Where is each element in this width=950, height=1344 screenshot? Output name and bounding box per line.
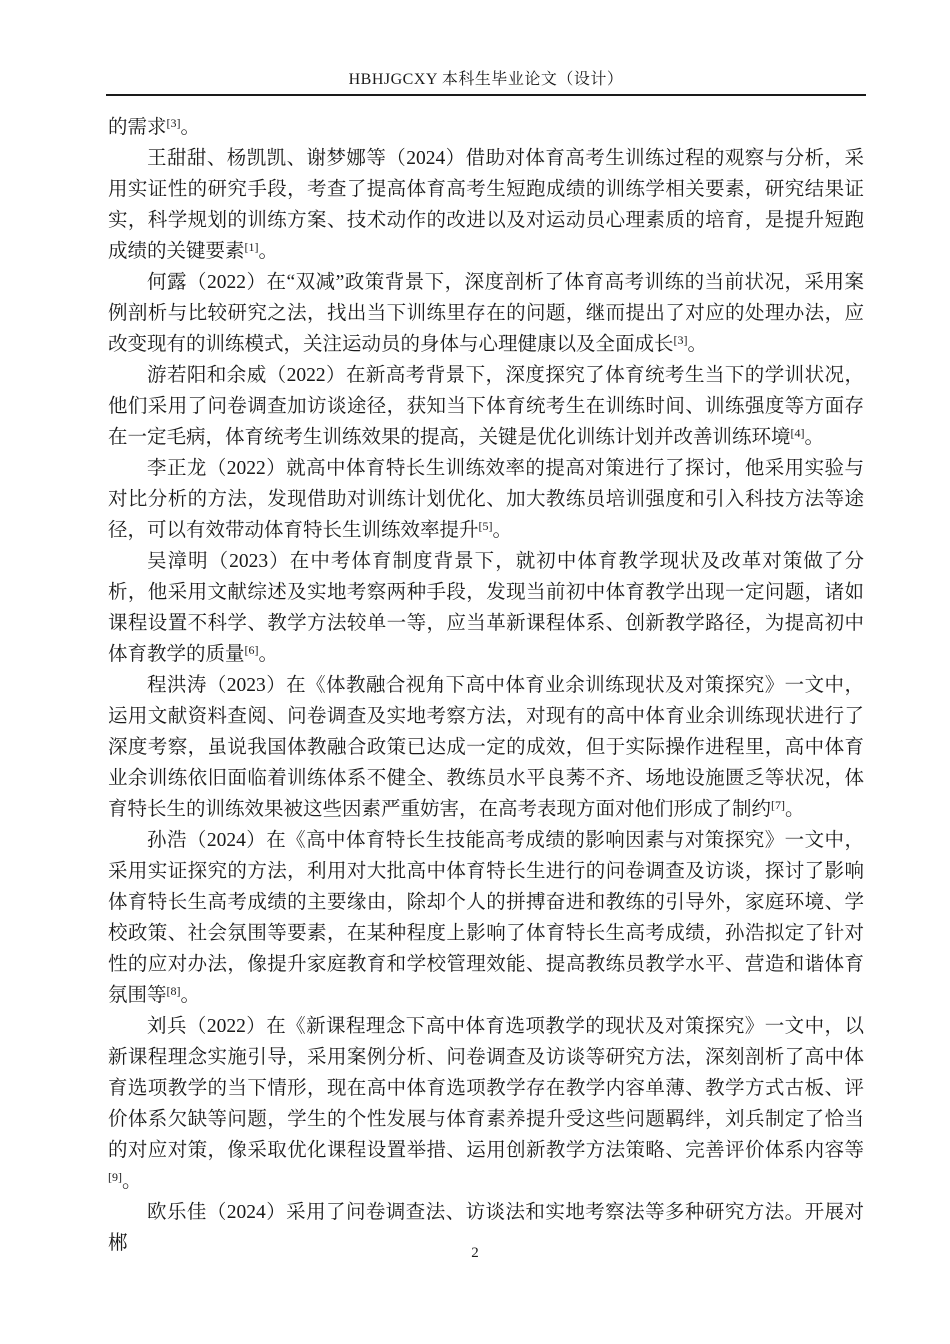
citation-ref: [3] [167,116,181,130]
paragraph: 吴漳明（2023）在中考体育制度背景下，就初中体育教学现状及改革对策做了分析，他… [108,546,864,670]
paragraph: 程洪涛（2023）在《体教融合视角下高中体育业余训练现状及对策探究》一文中，运用… [108,670,864,825]
paragraph-text: 吴漳明（2023）在中考体育制度背景下，就初中体育教学现状及改革对策做了分析，他… [108,551,864,665]
paragraph-tail: 。 [181,985,201,1006]
paragraph: 的需求[3]。 [108,112,864,143]
citation-ref: [8] [167,984,181,998]
header-title: HBHJGCXY 本科生毕业论文（设计） [349,71,624,88]
paragraph-tail: 。 [259,241,279,262]
paragraph: 李正龙（2022）就高中体育特长生训练效率的提高对策进行了探讨，他采用实验与对比… [108,453,864,546]
paragraph: 王甜甜、杨凯凯、谢梦娜等（2024）借助对体育高考生训练过程的观察与分析，采用实… [108,143,864,267]
paragraph-tail: 。 [785,799,805,820]
paragraph-tail: 。 [181,117,201,138]
citation-ref: [3] [674,333,688,347]
paragraph-text: 刘兵（2022）在《新课程理念下高中体育选项教学的现状及对策探究》一文中，以新课… [108,1016,864,1161]
paragraph: 刘兵（2022）在《新课程理念下高中体育选项教学的现状及对策探究》一文中，以新课… [108,1011,864,1197]
page-footer: 2 [0,1243,950,1263]
document-body: 的需求[3]。王甜甜、杨凯凯、谢梦娜等（2024）借助对体育高考生训练过程的观察… [108,112,864,1259]
citation-ref: [5] [479,519,493,533]
paragraph-text: 王甜甜、杨凯凯、谢梦娜等（2024）借助对体育高考生训练过程的观察与分析，采用实… [108,148,864,262]
paragraph-tail: 。 [805,427,825,448]
paragraph-tail: 。 [688,334,708,355]
citation-ref: [7] [771,798,785,812]
thesis-page: HBHJGCXY 本科生毕业论文（设计） 的需求[3]。王甜甜、杨凯凯、谢梦娜等… [0,0,950,1344]
paragraph: 孙浩（2024）在《高中体育特长生技能高考成绩的影响因素与对策探究》一文中，采用… [108,825,864,1011]
page-number: 2 [471,1245,479,1261]
citation-ref: [9] [108,1170,122,1184]
paragraph-tail: 。 [122,1171,142,1192]
citation-ref: [6] [245,643,259,657]
paragraph: 何露（2022）在“双减”政策背景下，深度剖析了体育高考训练的当前状况，采用案例… [108,267,864,360]
paragraph-text: 程洪涛（2023）在《体教融合视角下高中体育业余训练现状及对策探究》一文中，运用… [108,675,864,820]
paragraph-text: 孙浩（2024）在《高中体育特长生技能高考成绩的影响因素与对策探究》一文中，采用… [108,830,864,1006]
citation-ref: [1] [245,240,259,254]
paragraph-tail: 。 [259,644,279,665]
paragraph: 游若阳和余威（2022）在新高考背景下，深度探究了体育统考生当下的学训状况，他们… [108,360,864,453]
paragraph-text: 的需求 [108,117,167,138]
paragraph-tail: 。 [493,520,513,541]
paragraph-text: 何露（2022）在“双减”政策背景下，深度剖析了体育高考训练的当前状况，采用案例… [108,272,864,355]
paragraph-text: 游若阳和余威（2022）在新高考背景下，深度探究了体育统考生当下的学训状况，他们… [108,365,864,448]
citation-ref: [4] [791,426,805,440]
page-header: HBHJGCXY 本科生毕业论文（设计） [106,70,866,96]
